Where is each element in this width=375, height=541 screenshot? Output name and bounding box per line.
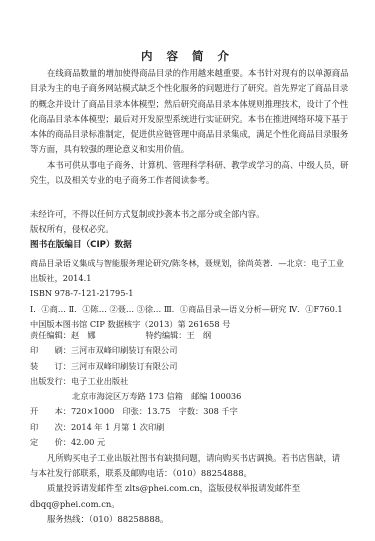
notice-line: 凡所购买电子工业出版社图书有缺损问题，请向购买书店调换。若书店售缺，请 <box>30 451 350 466</box>
price-row: 定 价： 42.00 元 <box>30 435 241 450</box>
binding-value: 三河市双峰印刷装订有限公司 <box>71 359 177 374</box>
publisher-value: 电子工业出版社 <box>71 374 128 389</box>
editor-value: 赵 娜 <box>71 328 96 343</box>
copyright-page: 内 容 简 介 在线商品数量的增加使得商品目录的作用越来越重要。本书针对现有的以… <box>0 0 375 541</box>
notice-line: 质量投诉请发邮件至 zlts@phei.com.cn，盗版侵权举报请发邮件至 <box>30 481 350 496</box>
text-line: 在线商品数量的增加使得商品目录的作用越来越重要。本书针对现有的以单源商品 <box>30 66 350 81</box>
format-row: 开 本： 720×1000 印张：13.75 字数：308 千字 <box>30 404 241 419</box>
publishing-info: 责任编辑： 赵 娜 特约编辑： 王 纲 印 刷： 三河市双峰印刷装订有限公司 装… <box>30 328 241 450</box>
notice-line: 与本社发行部联系，联系及邮购电话：（010）88254888。 <box>30 466 350 481</box>
editor-row: 责任编辑： 赵 娜 特约编辑： 王 纲 <box>30 328 241 343</box>
price-value: 42.00 元 <box>71 435 105 450</box>
cip-line: ISBN 978-7-121-21795-1 <box>30 286 360 301</box>
binding-label: 装 订： <box>30 359 71 374</box>
copyright-line: 未经许可，不得以任何方式复制或抄袭本书之部分或全部内容。 <box>30 207 265 222</box>
edition-label: 印 次： <box>30 420 71 435</box>
printing-label: 印 刷： <box>30 343 71 358</box>
price-label: 定 价： <box>30 435 71 450</box>
text-line: 本书可供从事电子商务、计算机、管理科学科研、教学或学习的高、中级人员，研 <box>30 158 350 173</box>
edition-row: 印 次： 2014 年 1 月第 1 次印刷 <box>30 420 241 435</box>
text-line: 本体的商品目录标准制定，促进供应链管理中商品目录集成，满足个性化商品目录服务 <box>30 127 350 142</box>
service-notice: 凡所购买电子工业出版社图书有缺损问题，请向购买书店调换。若书店售缺，请 与本社发… <box>30 451 350 527</box>
printing-value: 三河市双峰印刷装订有限公司 <box>71 343 177 358</box>
notice-line: 服务热线：（010）88258888。 <box>30 512 350 527</box>
binding-row: 装 订： 三河市双峰印刷装订有限公司 <box>30 359 241 374</box>
printing-row: 印 刷： 三河市双峰印刷装订有限公司 <box>30 343 241 358</box>
summary-paragraph-2: 本书可供从事电子商务、计算机、管理科学科研、教学或学习的高、中级人员，研 究生，… <box>30 158 350 189</box>
special-editor-value: 王 纲 <box>186 328 211 343</box>
text-line: 化商品目录本体模型；最后对开发原型系统进行实证研究。本书在推进网络环境下基于 <box>30 112 350 127</box>
edition-value: 2014 年 1 月第 1 次印刷 <box>71 420 164 435</box>
summary-title: 内 容 简 介 <box>0 48 375 64</box>
text-line: 的概念并设计了商品目录本体模型；然后研究商品目录本体规则推理技术，设计了个性 <box>30 97 350 112</box>
text-line: 究生，以及相关专业的电子商务工作者阅读参考。 <box>30 173 350 188</box>
address-row: 北京市海淀区万寿路 173 信箱 邮编 100036 <box>30 389 241 404</box>
copyright-notice: 未经许可，不得以任何方式复制或抄袭本书之部分或全部内容。 版权所有，侵权必究。 <box>30 207 265 237</box>
format-value: 720×1000 印张：13.75 字数：308 千字 <box>71 404 238 419</box>
special-editor-label: 特约编辑： <box>146 328 187 343</box>
cip-line: 出版社，2014.1 <box>30 271 360 286</box>
text-line: 目录为主的电子商务网站模式缺乏个性化服务的问题进行了研究。首先界定了商品目录 <box>30 81 350 96</box>
cip-line: Ⅰ．①商… Ⅱ．①陈… ②聂… ③徐… Ⅲ．①商品目录—语义分析—研究 Ⅳ．①F… <box>30 302 360 317</box>
publisher-address: 北京市海淀区万寿路 173 信箱 邮编 100036 <box>72 389 241 404</box>
editor-label: 责任编辑： <box>30 328 71 343</box>
summary-paragraph-1: 在线商品数量的增加使得商品目录的作用越来越重要。本书针对现有的以单源商品 目录为… <box>30 66 350 158</box>
copyright-line: 版权所有，侵权必究。 <box>30 222 265 237</box>
notice-line: dbqq@phei.com.cn。 <box>30 497 350 512</box>
cip-line: 商品目录语义集成与智能服务理论研究/陈冬林，聂规划，徐尚英著．—北京：电子工业 <box>30 256 360 271</box>
cip-heading: 图书在版编目（CIP）数据 <box>30 238 132 250</box>
cip-data: 商品目录语义集成与智能服务理论研究/陈冬林，聂规划，徐尚英著．—北京：电子工业 … <box>30 256 360 332</box>
publisher-row: 出版发行： 电子工业出版社 <box>30 374 241 389</box>
text-line: 等方面，具有较强的理论意义和实用价值。 <box>30 142 350 157</box>
publisher-label: 出版发行： <box>30 374 71 389</box>
format-label: 开 本： <box>30 404 71 419</box>
